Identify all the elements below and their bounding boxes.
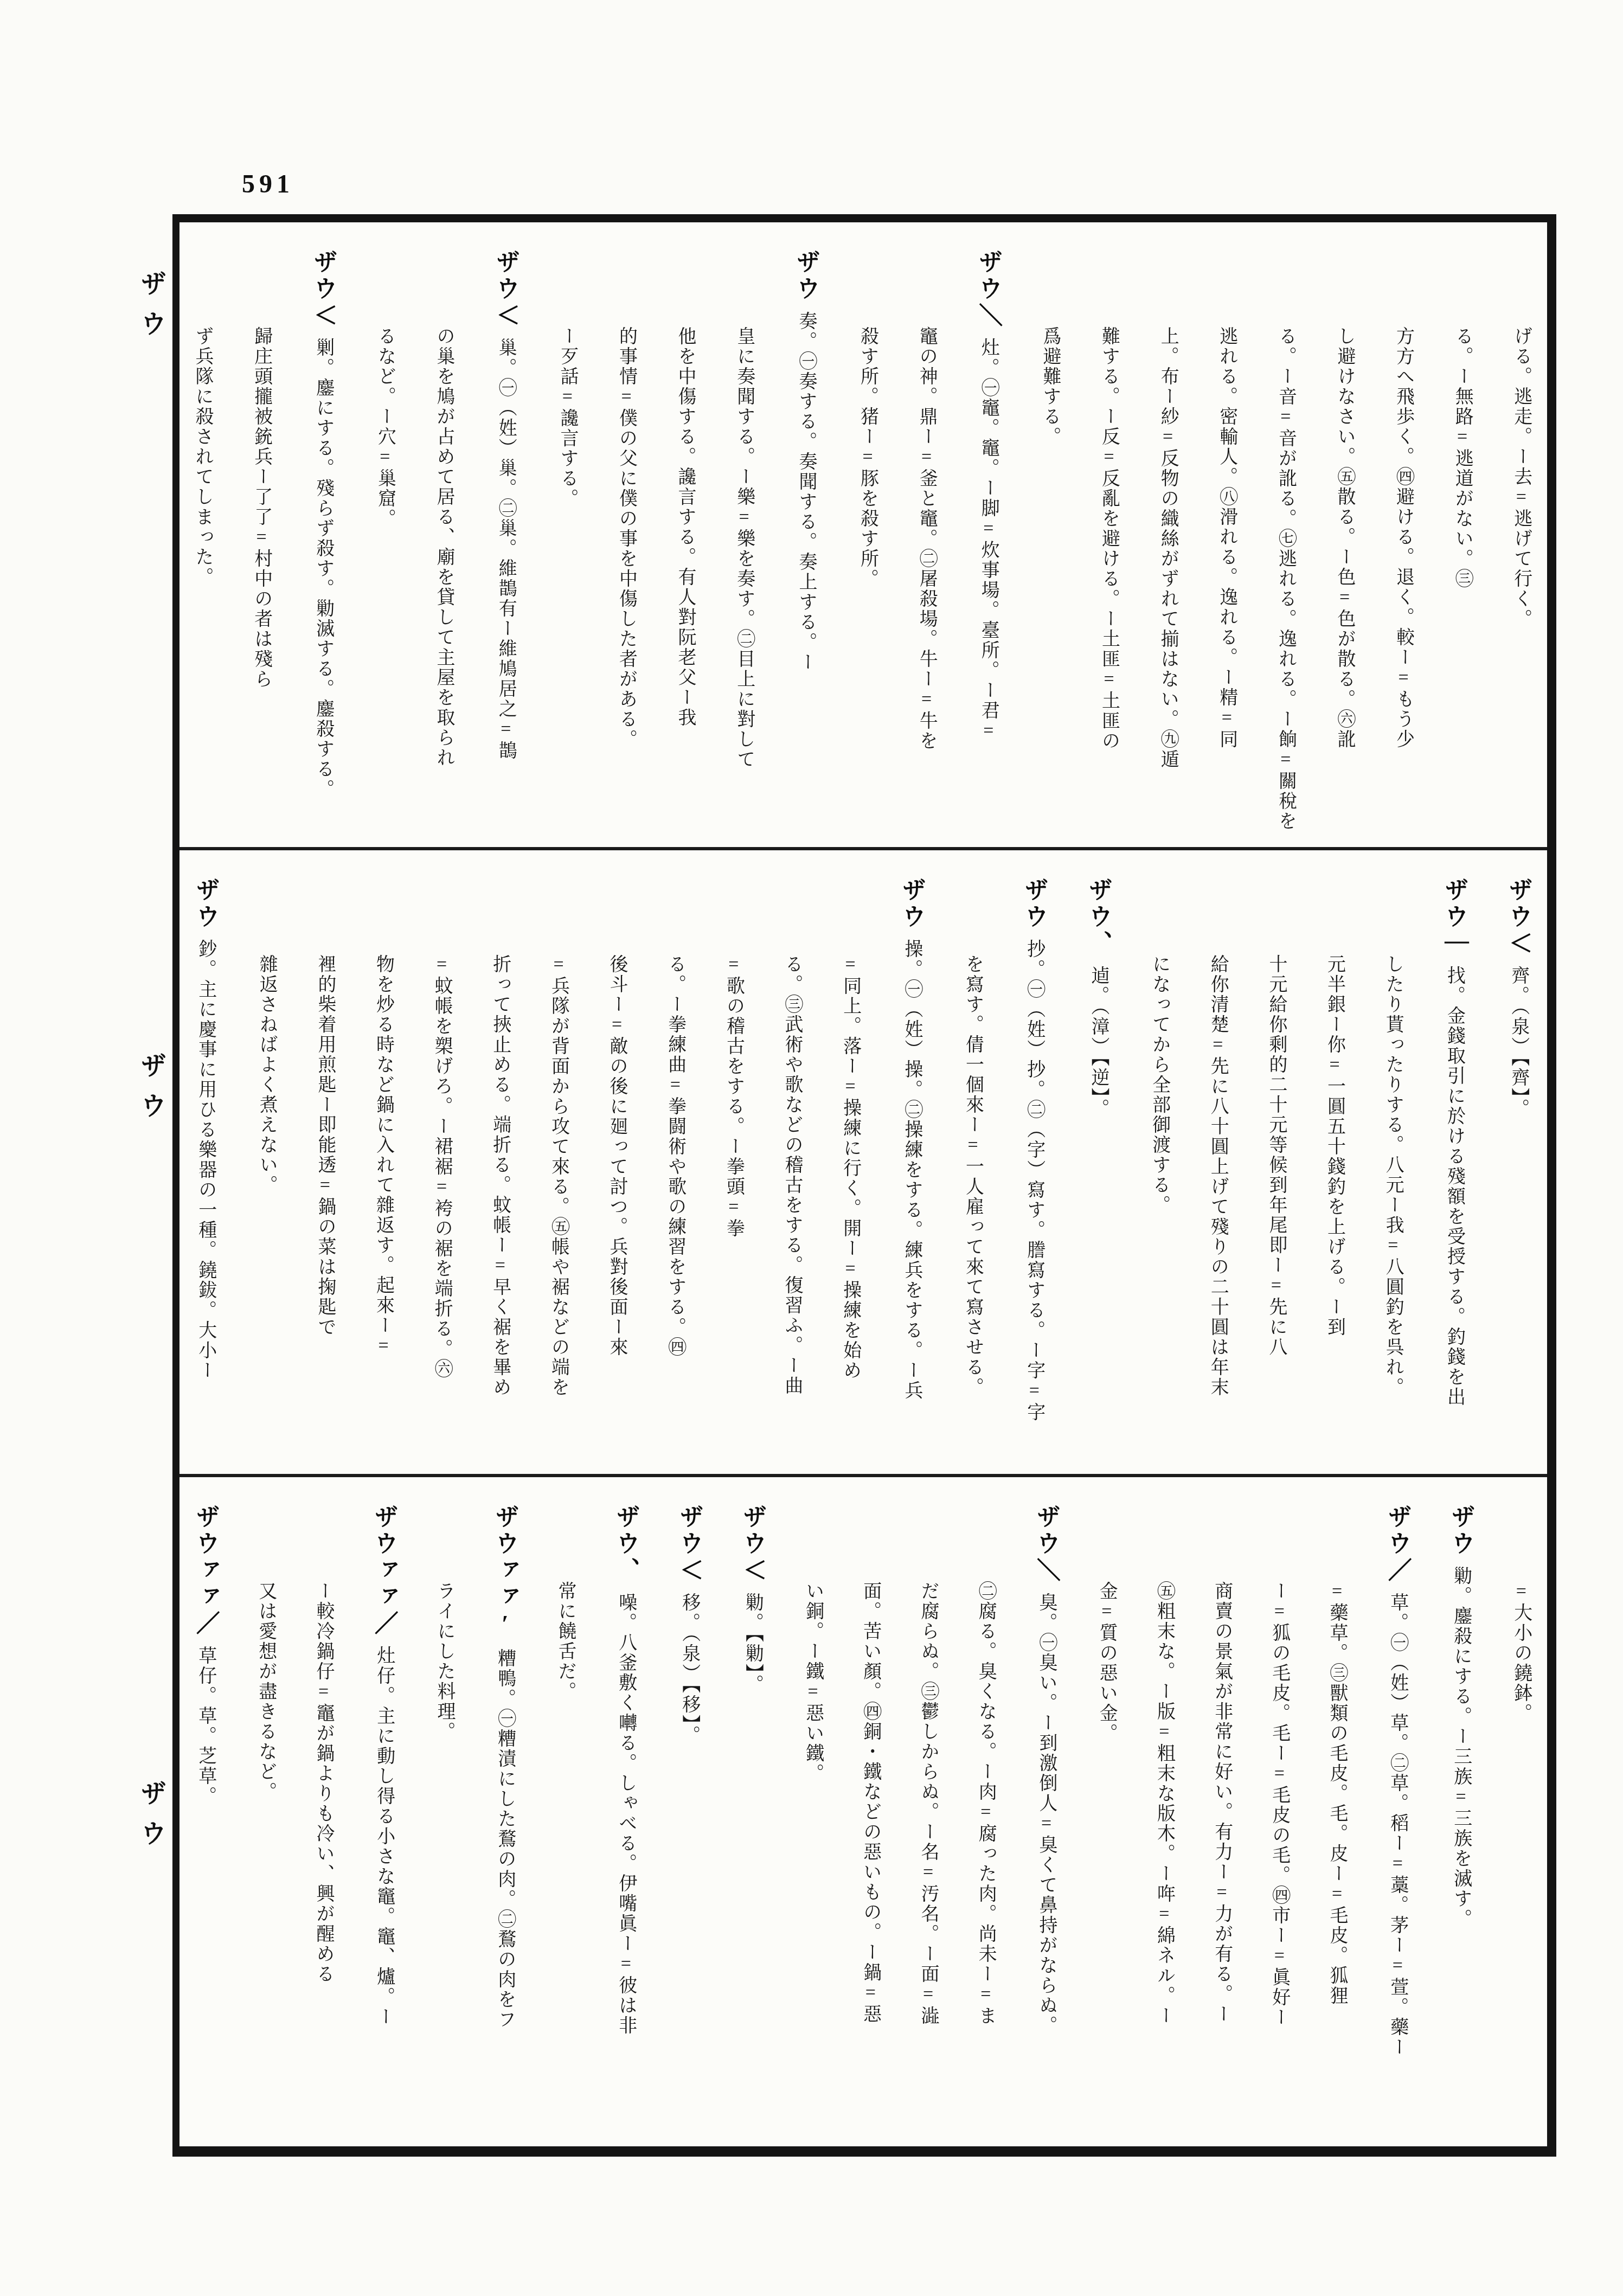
entry-text: 又は愛想が盡きるなど。 <box>256 1581 276 1802</box>
entry-headword-reading: ザウ <box>1448 1504 1474 1557</box>
entry-text: 皇に奏聞する。ー樂=樂を奏す。㊁目上に對して <box>734 326 754 769</box>
entry-headword-reading: ザウ <box>1021 877 1048 931</box>
entry-text: 裡的柴着用煎匙ー即能透=鍋の菜は掬匙で <box>315 954 335 1337</box>
dictionary-column: ㊄粗末な。ー版=粗末な版木。ー哖=綿ネル。ー <box>1154 1504 1173 2146</box>
dictionary-section-middle: ザウ＜齊。（泉）【齊】。ザウ｜找。金錢取引に於ける殘額を受授する。釣錢を出したり… <box>179 850 1547 1474</box>
dictionary-column: を寫す。倩一個來ー=一人雇って來て寫させる。 <box>963 877 983 1474</box>
dictionary-column: る。ー無路=逃道がない。㊂ <box>1452 249 1472 847</box>
dictionary-column: 歸庄頭攏被銃兵ー了了=村中の者は殘ら <box>252 249 271 847</box>
entry-text: 竈の神。鼎ー=釜と竈。㊁屠殺場。牛ー=牛を <box>916 326 936 751</box>
entry-text: 操。㊀（姓）操。㊁操練をする。練兵をする。ー兵 <box>902 939 922 1401</box>
page-border-frame: げる。逃走。ー去=逃げて行く。る。ー無路=逃道がない。㊂方方へ飛歩く。㊃避ける。… <box>172 214 1556 2157</box>
entry-text: い銅。ー鐵=惡い鐵。 <box>803 1581 823 1784</box>
entry-headword-reading: ザウ、 <box>613 1504 639 1584</box>
entry-text: 逃れる。密輸人。㊇滑れる。逸れる。ー精=同 <box>1217 326 1237 749</box>
entry-headword-reading: ザウ｜ <box>1441 877 1467 957</box>
entry-headword-reading: ザウァァ／ <box>193 1504 219 1637</box>
entry-headword-reading: ザウ＜ <box>310 249 337 329</box>
entry-text: ㊄粗末な。ー版=粗末な版木。ー哖=綿ネル。ー <box>1154 1581 1174 2026</box>
entry-column: ザウ＼臭。㊀臭い。ー到激倒人=臭くて鼻持がならぬ。 <box>1033 1504 1059 2132</box>
entry-text: =大小の鐃鉢。 <box>1511 1581 1531 1723</box>
dictionary-column: 元半銀ー你=一圓五十錢釣を上げる。ー到 <box>1325 877 1344 1474</box>
dictionary-column: ー歹話=讒言する。 <box>557 249 577 847</box>
entry-headword-reading: ザウ＼ <box>1033 1504 1060 1584</box>
dictionary-column: 難する。ー反=反亂を避ける。ー土匪=土匪の <box>1099 249 1119 847</box>
entry-text: =藥草。㊂獸類の毛皮。毛。皮ー=毛皮。狐狸 <box>1327 1581 1347 2006</box>
dictionary-column: る。ー拳練曲=拳闘術や歌の練習をする。㊃ <box>665 877 685 1474</box>
entry-text: だ腐らぬ。㊂鬱しからぬ。ー名=汚名。ー面=澁 <box>918 1581 938 2026</box>
entry-column: ザウ＜剿。鏖にする。殘らず殺す。勦滅する。鏖殺する。 <box>310 249 336 833</box>
dictionary-column: 皇に奏聞する。ー樂=樂を奏す。㊁目上に對して <box>734 249 754 847</box>
entry-text: 物を炒る時など鍋に入れて雜返す。起來ー= <box>374 954 394 1357</box>
dictionary-column: 他を中傷する。讒言する。有人對阮老父ー我 <box>675 249 695 847</box>
entry-text: 爲避難する。 <box>1040 326 1060 447</box>
dictionary-column: したり貰ったりする。八元ー我=八圓釣を呉れ。 <box>1383 877 1402 1474</box>
entry-text: し避けなさい。㊄散る。ー色=色が散る。㊅訛 <box>1335 326 1355 749</box>
margin-guide-word-3: ザウ <box>132 1780 170 1860</box>
dictionary-column: 裡的柴着用煎匙ー即能透=鍋の菜は掬匙で <box>315 877 335 1474</box>
margin-guide-word-2: ザウ <box>132 1052 170 1132</box>
dictionary-column: い銅。ー鐵=惡い鐵。 <box>803 1504 823 2146</box>
column-group-bottom: =大小の鐃鉢。ザウ勦。鏖殺にする。ー三族=三族を滅す。ザウ／草。㊀（姓）草。㊁草… <box>193 1504 1531 2132</box>
entry-headword-reading: ザウァァ′ <box>492 1504 518 1640</box>
entry-text: 元半銀ー你=一圓五十錢釣を上げる。ー到 <box>1325 954 1345 1337</box>
entry-text: 他を中傷する。讒言する。有人對阮老父ー我 <box>675 326 695 728</box>
entry-headword-reading: ザウ＼ <box>975 249 1002 329</box>
dictionary-column: 給你清楚=先に八十圓上げて殘りの二十圓は年末 <box>1208 877 1227 1474</box>
entry-column: ザウ｜找。金錢取引に於ける殘額を受授する。釣錢を出 <box>1441 877 1467 1460</box>
entry-text: 後斗ー=敵の後に廻って討つ。兵對後面ー來 <box>607 954 627 1357</box>
entry-column: ザウ鈔。主に慶事に用ひる樂器の一種。鐃鈸。大小ー <box>193 877 218 1460</box>
dictionary-column: 金=質の惡い金。 <box>1096 1504 1116 2146</box>
entry-column: ザウ＼灶。㊀竈。竈。ー脚=炊事場。臺所。ー君= <box>976 249 1001 833</box>
entry-text: 草仔。草。芝草。 <box>196 1646 216 1806</box>
entry-text: 找。金錢取引に於ける殘額を受授する。釣錢を出 <box>1444 966 1464 1407</box>
entry-text: 巢。㊀（姓）巢。㊁巢。維鵲有ー維鳩居之=鵲 <box>496 338 516 761</box>
dictionary-column: る。ー音=音が訛る。㊆逃れる。逸れる。ー餉=關稅を <box>1275 249 1295 847</box>
dictionary-column: 常に饒舌だ。 <box>555 1504 575 2146</box>
dictionary-column: し避けなさい。㊄散る。ー色=色が散る。㊅訛 <box>1335 249 1354 847</box>
entry-headword-reading: ザウ <box>899 877 925 931</box>
entry-text: 金=質の惡い金。 <box>1096 1581 1117 1743</box>
entry-text: 鈔。主に慶事に用ひる樂器の一種。鐃鈸。大小ー <box>196 939 216 1381</box>
dictionary-section-top: げる。逃走。ー去=逃げて行く。る。ー無路=逃道がない。㊂方方へ飛歩く。㊃避ける。… <box>179 222 1547 847</box>
entry-text: 剿。鏖にする。殘らず殺す。勦滅する。鏖殺する。 <box>313 338 333 799</box>
entry-text: 商賣の景氣が非常に好い。有力ー=力が有る。ー <box>1212 1581 1232 2024</box>
scanned-dictionary-page: 591 ザウ ザウ ザウ げる。逃走。ー去=逃げて行く。る。ー無路=逃道がない。… <box>0 0 1623 2296</box>
entry-text: ー較冷鍋仔=竈が鍋よりも冷い、興が醒める <box>313 1581 333 1984</box>
entry-text: を寫す。倩一個來ー=一人雇って來て寫させる。 <box>963 954 983 1397</box>
entry-text: したり貰ったりする。八元ー我=八圓釣を呉れ。 <box>1383 954 1403 1397</box>
entry-text: 齊。（泉）【齊】。 <box>1509 966 1529 1119</box>
dictionary-section-bottom: =大小の鐃鉢。ザウ勦。鏖殺にする。ー三族=三族を滅す。ザウ／草。㊀（姓）草。㊁草… <box>179 1477 1547 2146</box>
entry-column: ザウ抄。㊀（姓）抄。㊁（字）寫す。謄寫する。ー字=字 <box>1021 877 1047 1460</box>
entry-text: になってから全部御渡する。 <box>1150 954 1170 1215</box>
entry-text: ず兵隊に殺されてしまった。 <box>193 326 213 587</box>
dictionary-column: る。㊂武術や歌などの稽古をする。復習ふ。ー曲 <box>782 877 801 1474</box>
entry-column: ザウ、噪。八釜敷く囀る。しゃべる。伊嘴眞ー=彼は非 <box>613 1504 638 2132</box>
entry-column: ザウ＜勦。【勦】。 <box>740 1504 765 2132</box>
dictionary-column: =同上。落ー=操練に行く。開ー=操練を始め <box>841 877 860 1474</box>
entry-text: る。ー音=音が訛る。㊆逃れる。逸れる。ー餉=關稅を <box>1275 326 1295 831</box>
entry-text: げる。逃走。ー去=逃げて行く。 <box>1511 326 1531 629</box>
entry-text: 方方へ飛歩く。㊃避ける。退く。較ー=もう少 <box>1394 326 1414 749</box>
entry-text: ー=狐の毛皮。毛ー=毛皮の毛。㊃市ー=眞好ー <box>1269 1581 1290 2028</box>
dictionary-column: 物を炒る時など鍋に入れて雜返す。起來ー= <box>374 877 393 1474</box>
entry-text: 灶。㊀竈。竈。ー脚=炊事場。臺所。ー君= <box>978 338 998 742</box>
dictionary-column: 的事情=僕の父に僕の事を中傷した者がある。 <box>616 249 636 847</box>
dictionary-column: 殺す所。猪ー=豚を殺す所。 <box>857 249 877 847</box>
entry-text: 奏。㊀奏する。奏聞する。奏上する。ー <box>796 311 816 672</box>
dictionary-column: 竈の神。鼎ー=釜と竈。㊁屠殺場。牛ー=牛を <box>916 249 936 847</box>
dictionary-column: =藥草。㊂獸類の毛皮。毛。皮ー=毛皮。狐狸 <box>1327 1504 1346 2146</box>
entry-text: ライにした料理。 <box>434 1581 454 1742</box>
dictionary-column: 商賣の景氣が非常に好い。有力ー=力が有る。ー <box>1212 1504 1231 2146</box>
entry-headword-reading: ザウァァ／ <box>371 1504 397 1637</box>
entry-column: ザウ勦。鏖殺にする。ー三族=三族を滅す。 <box>1448 1504 1473 2132</box>
entry-headword-reading: ザウ＜ <box>739 1504 766 1584</box>
entry-text: 勦。鏖殺にする。ー三族=三族を滅す。 <box>1451 1566 1471 1929</box>
dictionary-column: =大小の鐃鉢。 <box>1511 1504 1531 2146</box>
entry-text: る。ー無路=逃道がない。㊂ <box>1452 326 1472 589</box>
dictionary-column: だ腐らぬ。㊂鬱しからぬ。ー名=汚名。ー面=澁 <box>918 1504 938 2146</box>
dictionary-column: 又は愛想が盡きるなど。 <box>256 1504 275 2146</box>
entry-text: 抄。㊀（姓）抄。㊁（字）寫す。謄寫する。ー字=字 <box>1024 939 1044 1422</box>
entry-headword-reading: ザウ <box>193 877 219 931</box>
entry-headword-reading: ザウ＜ <box>676 1504 703 1584</box>
dictionary-column: 逃れる。密輸人。㊇滑れる。逸れる。ー精=同 <box>1217 249 1236 847</box>
entry-text: 移。（泉）【移】。 <box>679 1593 700 1746</box>
column-group-middle: ザウ＜齊。（泉）【齊】。ザウ｜找。金錢取引に於ける殘額を受授する。釣錢を出したり… <box>193 877 1531 1460</box>
dictionary-column: 十元給你剩的二十元等候到年尾即ー=先に八 <box>1266 877 1286 1474</box>
entry-headword-reading: ザウ <box>793 249 819 303</box>
entry-text: 雜返さねばよく煮えない。 <box>256 954 277 1195</box>
dictionary-column: ㊁腐る。臭くなる。ー肉=腐った肉。尚未ー=ま <box>976 1504 995 2146</box>
dictionary-column: =歌の稽古をする。ー拳頭=拳 <box>723 877 743 1474</box>
entry-text: ㊁腐る。臭くなる。ー肉=腐った肉。尚未ー=ま <box>976 1581 996 2026</box>
entry-text: 的事情=僕の父に僕の事を中傷した者がある。 <box>616 326 636 749</box>
entry-column: ザウ奏。㊀奏する。奏聞する。奏上する。ー <box>793 249 818 833</box>
entry-text: ー歹話=讒言する。 <box>557 326 578 509</box>
entry-text: 折って挾止める。端折る。蚊帳ー=早く裾を畢め <box>490 954 510 1397</box>
entry-column: ザウ操。㊀（姓）操。㊁操練をする。練兵をする。ー兵 <box>899 877 924 1460</box>
entry-text: 臭。㊀臭い。ー到激倒人=臭くて鼻持がならぬ。 <box>1036 1593 1056 2036</box>
entry-headword-reading: ザウ／ <box>1384 1504 1411 1584</box>
entry-text: 十元給你剩的二十元等候到年尾即ー=先に八 <box>1266 954 1286 1357</box>
entry-column: ザウ＜巢。㊀（姓）巢。㊁巢。維鵲有ー維鳩居之=鵲 <box>493 249 518 833</box>
entry-column: ザウ＜齊。（泉）【齊】。 <box>1505 877 1531 1460</box>
entry-column: ザウァァ′糟鴨。㊀糟漬にした鶩の肉。㊁鶩の肉をフ <box>492 1504 517 2132</box>
entry-text: 灶仔。主に動し得る小さな竈。竈、爐。ー <box>374 1646 394 2027</box>
dictionary-column: 後斗ー=敵の後に廻って討つ。兵對後面ー來 <box>607 877 626 1474</box>
entry-text: る。㊂武術や歌などの稽古をする。復習ふ。ー曲 <box>782 954 802 1396</box>
entry-text: 逌。（漳）【逆】。 <box>1088 966 1108 1119</box>
entry-text: 歸庄頭攏被銃兵ー了了=村中の者は殘ら <box>252 326 272 689</box>
dictionary-column: ライにした料理。 <box>434 1504 454 2146</box>
entry-text: るなど。ー穴=巢窟。 <box>375 326 395 529</box>
page-number: 591 <box>242 169 294 199</box>
dictionary-column: ー較冷鍋仔=竈が鍋よりも冷い、興が醒める <box>313 1504 333 2146</box>
entry-text: 糟鴨。㊀糟漬にした鶩の肉。㊁鶩の肉をフ <box>495 1649 515 2030</box>
entry-column: ザウァァ／草仔。草。芝草。 <box>193 1504 218 2132</box>
margin-guide-word-1: ザウ <box>132 270 170 350</box>
entry-text: 勦。【勦】。 <box>742 1593 762 1695</box>
dictionary-column: 方方へ飛歩く。㊃避ける。退く。較ー=もう少 <box>1394 249 1413 847</box>
entry-column: ザウ、逌。（漳）【逆】。 <box>1085 877 1111 1460</box>
entry-headword-reading: ザウ＜ <box>1505 877 1532 957</box>
dictionary-column: げる。逃走。ー去=逃げて行く。 <box>1511 249 1531 847</box>
entry-column: ザウァァ／灶仔。主に動し得る小さな竈。竈、爐。ー <box>371 1504 396 2132</box>
entry-text: =歌の稽古をする。ー拳頭=拳 <box>723 954 743 1239</box>
dictionary-column: 雜返さねばよく煮えない。 <box>256 877 276 1474</box>
dictionary-column: になってから全部御渡する。 <box>1150 877 1169 1474</box>
dictionary-column: 折って挾止める。端折る。蚊帳ー=早く裾を畢め <box>490 877 510 1474</box>
dictionary-column: =蚊帳を槊げろ。ー裙裾=袴の裾を端折る。㊅ <box>432 877 451 1474</box>
entry-text: =蚊帳を槊げろ。ー裙裾=袴の裾を端折る。㊅ <box>432 954 452 1379</box>
entry-text: =兵隊が背面から攻て來る。㊄帳や裾などの端を <box>548 954 568 1397</box>
entry-text: 上。布ー紗=反物の織絲がずれて揃はない。㊈遁 <box>1158 326 1178 769</box>
dictionary-column: 爲避難する。 <box>1040 249 1060 847</box>
dictionary-column: ず兵隊に殺されてしまった。 <box>193 249 212 847</box>
dictionary-column: 面。苦い顏。㊃銅・鐵などの惡いもの。ー鍋=惡 <box>861 1504 880 2146</box>
entry-headword-reading: ザウ＜ <box>492 249 519 329</box>
dictionary-column: =兵隊が背面から攻て來る。㊄帳や裾などの端を <box>548 877 568 1474</box>
entry-text: る。ー拳練曲=拳闘術や歌の練習をする。㊃ <box>665 954 685 1357</box>
entry-text: =同上。落ー=操練に行く。開ー=操練を始め <box>841 954 861 1381</box>
column-group-top: げる。逃走。ー去=逃げて行く。る。ー無路=逃道がない。㊂方方へ飛歩く。㊃避ける。… <box>193 249 1531 833</box>
dictionary-column: 上。布ー紗=反物の織絲がずれて揃はない。㊈遁 <box>1158 249 1177 847</box>
entry-text: 噪。八釜敷く囀る。しゃべる。伊嘴眞ー=彼は非 <box>616 1593 636 2036</box>
entry-headword-reading: ザウ、 <box>1085 877 1112 957</box>
entry-text: 殺す所。猪ー=豚を殺す所。 <box>858 326 878 589</box>
entry-text: 草。㊀（姓）草。㊁草。稻ー=藁。茅ー=萱。藥ー <box>1388 1593 1408 2057</box>
dictionary-column: の巢を鳩が占めて居る、廟を貸して主屋を取られ <box>434 249 453 847</box>
dictionary-column: るなど。ー穴=巢窟。 <box>375 249 394 847</box>
entry-column: ザウ＜移。（泉）【移】。 <box>676 1504 702 2132</box>
entry-text: 難する。ー反=反亂を避ける。ー土匪=土匪の <box>1099 326 1119 751</box>
entry-column: ザウ／草。㊀（姓）草。㊁草。稻ー=藁。茅ー=萱。藥ー <box>1384 1504 1410 2132</box>
dictionary-column: ー=狐の毛皮。毛ー=毛皮の毛。㊃市ー=眞好ー <box>1269 1504 1289 2146</box>
entry-text: 給你清楚=先に八十圓上げて殘りの二十圓は年末 <box>1208 954 1228 1397</box>
entry-text: の巢を鳩が占めて居る、廟を貸して主屋を取られ <box>434 326 454 768</box>
entry-text: 面。苦い顏。㊃銅・鐵などの惡いもの。ー鍋=惡 <box>861 1581 881 2024</box>
entry-text: 常に饒舌だ。 <box>555 1581 575 1702</box>
